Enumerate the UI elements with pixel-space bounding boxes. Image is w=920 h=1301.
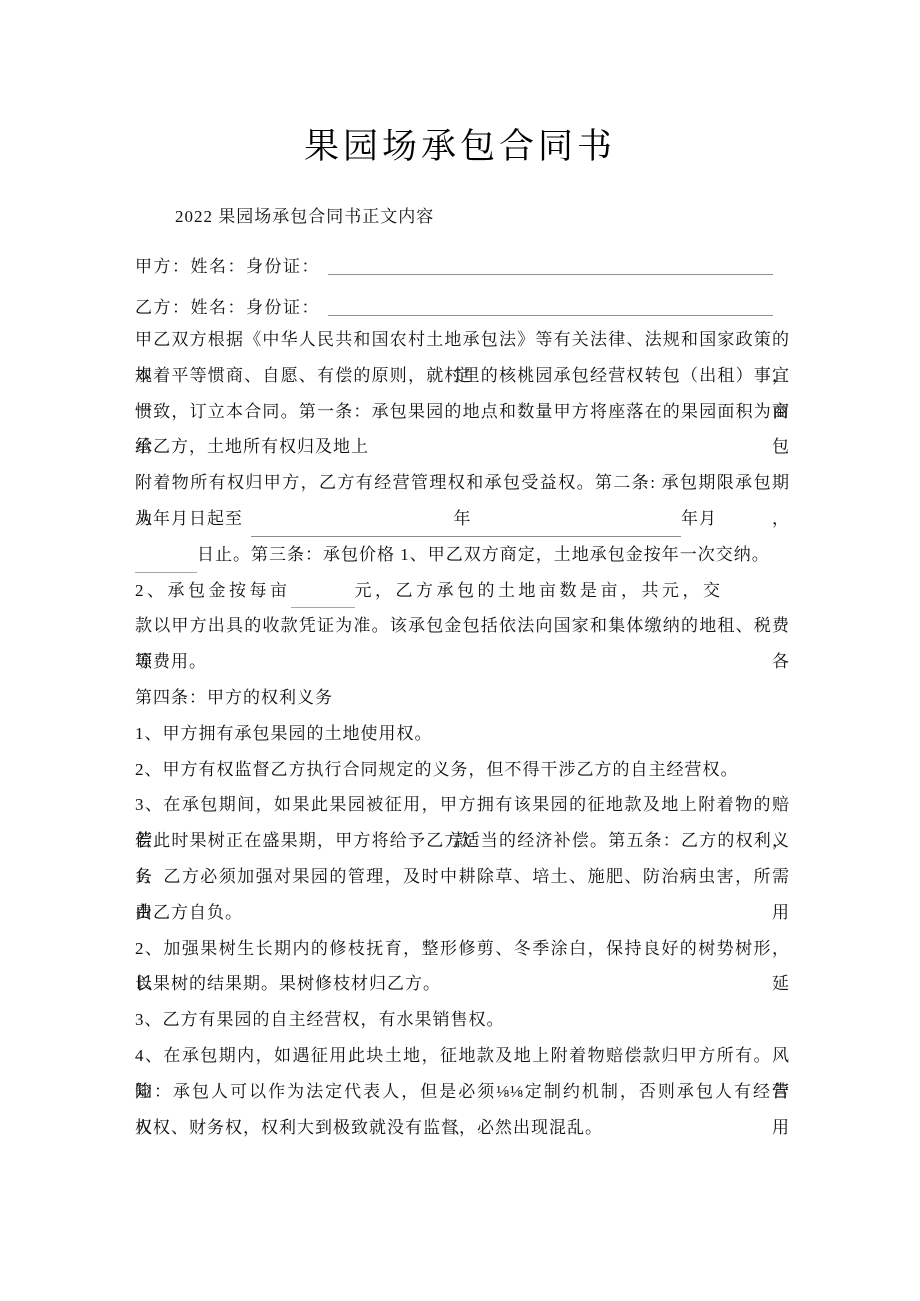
contract-line: 1、甲方拥有承包果园的土地使用权。 — [135, 716, 790, 752]
party-a-label: 甲方：姓名：身份证： — [135, 255, 320, 279]
contract-clause-heading: 第四条：甲方的权利义务 — [135, 680, 790, 716]
contract-line-fee: 2、承包金按每亩 元，乙方承包的土地亩数是亩，共元，交 — [135, 573, 790, 609]
fee-blank-line — [291, 581, 355, 608]
contract-text: 甲乙双方根据《中华人民共和国农村土地承包法》等有关法律、法规和国家政策的规定， … — [135, 322, 790, 1145]
party-b-blank-line — [328, 301, 773, 316]
contract-line: 1、乙方必须加强对果园的管理，及时中耕除草、培土、施肥、防治病虫害，所需费用 — [135, 859, 790, 895]
party-b-row: 乙方：姓名：身份证： — [135, 279, 790, 320]
date-line-suffix: 年月 — [681, 501, 717, 537]
party-a-blank-line — [328, 260, 773, 275]
contract-line: 附着物所有权归甲方，乙方有经营管理权和承包受益权。第二条: 承包期限承包期为年， — [135, 465, 790, 501]
contract-line: 款以甲方出具的收款凭证为准。该承包金包括依法向国家和集体缴纳的地租、税费等各 — [135, 608, 790, 644]
contract-line: 3、乙方有果园的自主经营权，有水果销售权。 — [135, 1002, 790, 1038]
fee-line-prefix: 2、承包金按每亩 — [135, 573, 291, 609]
document-title: 果园场承包合同书 — [0, 0, 920, 170]
contract-line: 本着平等惯商、自愿、有偿的原则，就村里的核桃园承包经营权转包（出租）事宜惯商 — [135, 358, 790, 394]
contract-line: 甲乙双方根据《中华人民共和国农村土地承包法》等有关法律、法规和国家政策的规定， — [135, 322, 790, 358]
date-line-prefix: 从年月日起至 — [135, 501, 243, 537]
contract-line: 3、在承包期间，如果此果园被征用，甲方拥有该果园的征地款及地上附着物的赔偿款， — [135, 787, 790, 823]
contract-line: 2、甲方有权监督乙方执行合同规定的义务，但不得干涉乙方的自主经营权。 — [135, 752, 790, 788]
contract-line: 知：承包人可以作为法定代表人，但是必须⅛⅛定制约机制，否则承包人有经营权、用 — [135, 1074, 790, 1110]
document-body: 甲方：姓名：身份证： 乙方：姓名：身份证： 甲乙双方根据《中华人民共和国农村土地… — [135, 238, 790, 1145]
fee-line-suffix: 元，乙方承包的土地亩数是亩，共元，交 — [355, 573, 724, 609]
end-date-blank-line — [135, 546, 197, 573]
document-page: 果园场承包合同书 2022 果园场承包合同书正文内容 甲方：姓名：身份证： 乙方… — [0, 0, 920, 1301]
contract-line: 若此时果树正在盛果期，甲方将给予乙方适当的经济补偿。第五条：乙方的权利义务 — [135, 823, 790, 859]
contract-line: 一致，订立本合同。第一条：承包果园的地点和数量甲方将座落在的果园面积为亩承包 — [135, 394, 790, 430]
party-b-label: 乙方：姓名：身份证： — [135, 296, 320, 320]
intro-line: 2022 果园场承包合同书正文内容 — [135, 206, 790, 228]
contract-line: 4、在承包期内，如遇征用此块土地，征地款及地上附着物赔偿款归甲方所有。风险告 — [135, 1038, 790, 1074]
end-date-text: 日止。第三条：承包价格 1、甲乙双方商定，土地承包金按年一次交纳。 — [197, 537, 770, 573]
date-blank-line — [251, 510, 681, 537]
contract-line: 2、加强果树生长期内的修枝抚育，整形修剪、冬季涂白，保持良好的树势树形，以延 — [135, 931, 790, 967]
contract-line-end-date: 日止。第三条：承包价格 1、甲乙双方商定，土地承包金按年一次交纳。 — [135, 537, 790, 573]
party-a-row: 甲方：姓名：身份证： — [135, 238, 790, 279]
